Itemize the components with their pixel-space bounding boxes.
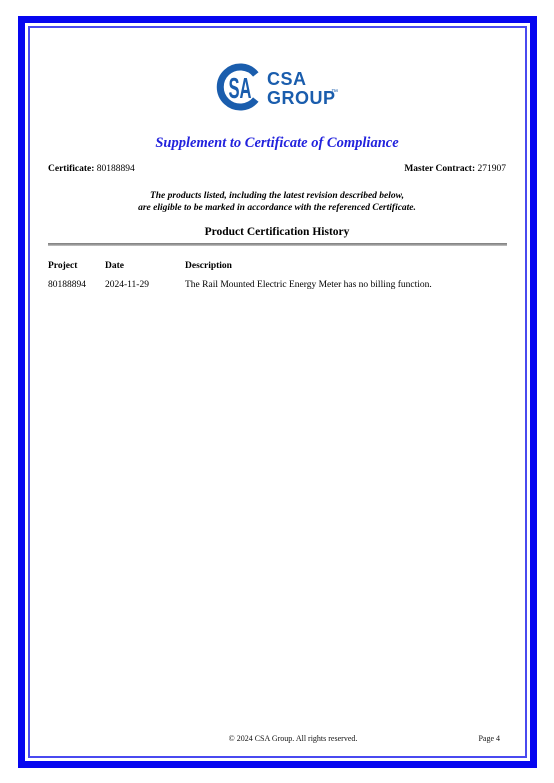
certification-history-table: Project Date Description 80188894 2024-1…	[48, 261, 514, 291]
certificate-label: Certificate:	[48, 164, 94, 174]
cell-description: The Rail Mounted Electric Energy Meter h…	[185, 280, 514, 291]
csa-group-logo: SA CSA GROUP ™	[0, 61, 554, 113]
column-header-project: Project	[48, 261, 105, 272]
column-header-description: Description	[185, 261, 514, 272]
eligibility-notice-line1: The products listed, including the lates…	[0, 191, 554, 203]
section-heading: Product Certification History	[0, 226, 554, 238]
eligibility-notice-line2: are eligible to be marked in accordance …	[0, 203, 554, 215]
copyright-text: © 2024 CSA Group. All rights reserved.	[0, 734, 554, 743]
table-row: 80188894 2024-11-29 The Rail Mounted Ele…	[48, 280, 514, 291]
certificate-page: SA CSA GROUP ™ Supplement to Certificate…	[0, 0, 554, 783]
certificate-info-left: Certificate: 80188894	[48, 164, 135, 174]
csa-logo-svg: SA CSA GROUP ™	[214, 61, 340, 113]
column-header-date: Date	[105, 261, 185, 272]
document-title: Supplement to Certificate of Compliance	[0, 135, 554, 152]
master-contract-number: 271907	[478, 164, 507, 174]
csa-monogram-text: SA	[229, 73, 252, 105]
page-number: Page 4	[478, 734, 500, 743]
eligibility-notice: The products listed, including the lates…	[0, 191, 554, 214]
cell-date: 2024-11-29	[105, 280, 185, 291]
trademark-symbol: ™	[331, 89, 338, 96]
csa-wordmark-line1: CSA	[267, 69, 307, 89]
certificate-info-right: Master Contract: 271907	[404, 164, 506, 174]
certificate-info-row: Certificate: 80188894 Master Contract: 2…	[48, 164, 506, 174]
certificate-number: 80188894	[97, 164, 135, 174]
cell-project: 80188894	[48, 280, 105, 291]
section-divider	[48, 243, 507, 246]
csa-wordmark-line2: GROUP	[267, 88, 336, 108]
table-header-row: Project Date Description	[48, 261, 514, 272]
master-contract-label: Master Contract:	[404, 164, 475, 174]
page-border-outer	[18, 16, 537, 768]
